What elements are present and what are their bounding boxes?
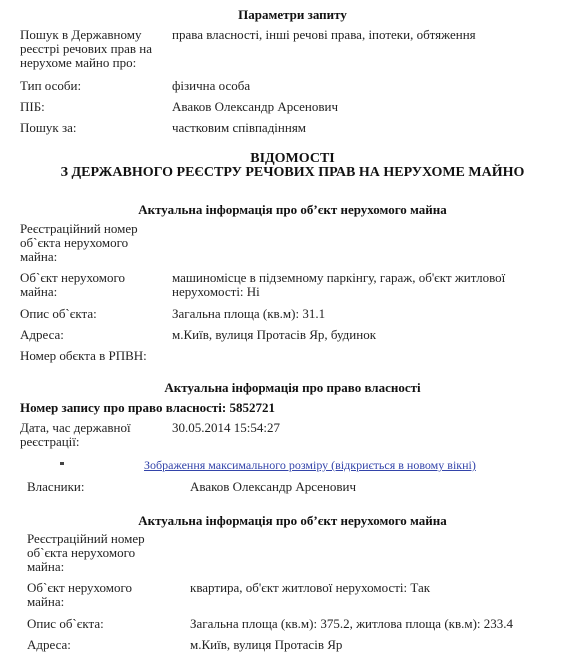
- field-value: 30.05.2014 15:54:27: [172, 421, 562, 435]
- field-value: Загальна площа (кв.м): 31.1: [172, 307, 562, 321]
- field-value: машиномісце в підземному паркінгу, гараж…: [172, 271, 542, 299]
- field-value: Аваков Олександр Арсенович: [190, 480, 570, 494]
- object2-title: Актуальна інформація про об’єкт нерухомо…: [0, 514, 585, 528]
- field-value: права власності, інші речові права, іпот…: [172, 28, 572, 42]
- field-label: Номер обєкта в РПВН:: [20, 349, 170, 363]
- field-value: частковим співпадінням: [172, 121, 572, 135]
- field-label: Об`єкт нерухомого майна:: [27, 581, 152, 609]
- field-value: м.Київ, вулиця Протасів Яр: [190, 638, 570, 652]
- field-value: фізична особа: [172, 79, 572, 93]
- field-value: Загальна площа (кв.м): 375.2, житлова пл…: [190, 617, 585, 631]
- field-label: Дата, час державної реєстрації:: [20, 421, 150, 449]
- ownership-record-number: Номер запису про право власності: 585272…: [20, 401, 275, 415]
- field-label: Опис об`єкта:: [27, 617, 167, 631]
- ownership-title: Актуальна інформація про право власності: [0, 381, 585, 395]
- full-size-image-link[interactable]: Зображення максимального розміру (відкри…: [144, 458, 476, 472]
- field-label: Пошук за:: [20, 121, 160, 135]
- field-label: Пошук в Державному реєстрі речових прав …: [20, 28, 155, 70]
- report-title-line2: З ДЕРЖАВНОГО РЕЄСТРУ РЕЧОВИХ ПРАВ НА НЕР…: [0, 166, 585, 180]
- field-label: ПІБ:: [20, 100, 160, 114]
- report-title-line1: ВІДОМОСТІ: [0, 152, 585, 166]
- object1-title: Актуальна інформація про об’єкт нерухомо…: [0, 203, 585, 217]
- field-label: Адреса:: [27, 638, 167, 652]
- field-label: Реєстраційний номер об`єкта нерухомого м…: [20, 222, 145, 264]
- field-label: Реєстраційний номер об`єкта нерухомого м…: [27, 532, 152, 574]
- bullet-mark: [60, 462, 64, 465]
- field-label: Тип особи:: [20, 79, 160, 93]
- query-params-title: Параметри запиту: [0, 8, 585, 22]
- field-value: Аваков Олександр Арсенович: [172, 100, 572, 114]
- field-label: Власники:: [27, 480, 167, 494]
- field-label: Адреса:: [20, 328, 160, 342]
- field-label: Опис об`єкта:: [20, 307, 160, 321]
- field-value: м.Київ, вулиця Протасів Яр, будинок: [172, 328, 562, 342]
- field-value: квартира, об'єкт житлової нерухомості: Т…: [190, 581, 570, 595]
- field-label: Об`єкт нерухомого майна:: [20, 271, 145, 299]
